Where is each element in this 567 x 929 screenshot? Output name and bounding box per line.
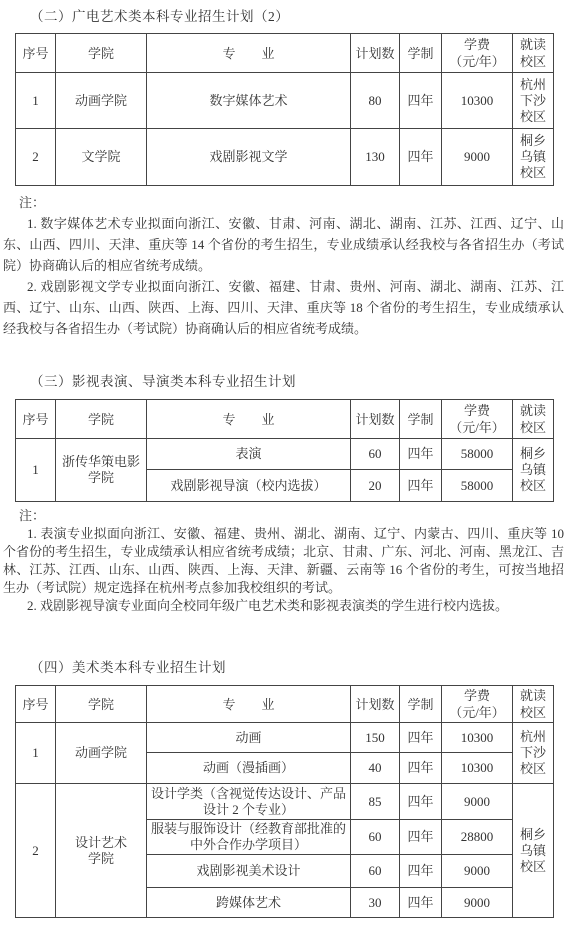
cell-major: 戏剧影视文学: [147, 129, 351, 186]
guangdian-admission-table: 序号 学院 专 业 计划数 学制 学费 （元/年） 就读 校区 1 动画学院 数…: [15, 33, 554, 186]
header-cell-major: 专 业: [147, 686, 351, 723]
cell-major: 服装与服饰设计（经教育部批准的中外合作办学项目）: [147, 820, 351, 855]
cell-tuition: 9000: [442, 888, 513, 918]
cell-campus: 桐乡 乌镇 校区: [513, 784, 554, 918]
cell-tuition: 10300: [442, 723, 513, 753]
table-header-row: 序号 学院 专 业 计划数 学制 学费 （元/年） 就读 校区: [16, 686, 554, 723]
yingshi-admission-table: 序号 学院 专 业 计划数 学制 学费 （元/年） 就读 校区 1 浙传华策电影…: [15, 399, 554, 502]
cell-tuition: 28800: [442, 820, 513, 855]
cell-tuition: 10300: [442, 73, 513, 129]
cell-college: 文学院: [56, 129, 147, 186]
cell-college: 设计艺术 学院: [56, 784, 147, 918]
cell-plan: 30: [351, 888, 400, 918]
cell-campus: 桐乡 乌镇 校区: [513, 439, 554, 502]
header-cell-duration: 学制: [400, 34, 442, 73]
header-cell-college: 学院: [56, 400, 147, 439]
header-cell-plan: 计划数: [351, 34, 400, 73]
header-cell-tuition: 学费 （元/年）: [442, 400, 513, 439]
cell-duration: 四年: [400, 439, 442, 470]
cell-duration: 四年: [400, 784, 442, 820]
cell-duration: 四年: [400, 855, 442, 888]
header-cell-campus: 就读 校区: [513, 34, 554, 73]
cell-index: 1: [16, 723, 56, 784]
header-cell-college: 学院: [56, 686, 147, 723]
cell-plan: 60: [351, 439, 400, 470]
table-row: 1 动画学院 数字媒体艺术 80 四年 10300 杭州 下沙 校区: [16, 73, 554, 129]
cell-major: 动画（漫插画）: [147, 753, 351, 784]
header-cell-index: 序号: [16, 400, 56, 439]
cell-plan: 60: [351, 855, 400, 888]
cell-plan: 20: [351, 470, 400, 502]
header-cell-campus: 就读 校区: [513, 686, 554, 723]
cell-duration: 四年: [400, 753, 442, 784]
note-item: 1. 表演专业拟面向浙江、安徽、福建、贵州、湖北、湖南、辽宁、内蒙古、四川、重庆…: [3, 525, 564, 597]
section-guangdian-title: （二）广电艺术类本科专业招生计划（2）: [30, 8, 567, 26]
cell-campus: 杭州 下沙 校区: [513, 723, 554, 784]
note-item: 2. 戏剧影视文学专业拟面向浙江、安徽、福建、甘肃、贵州、河南、湖北、湖南、江苏…: [3, 276, 564, 339]
header-cell-plan: 计划数: [351, 400, 400, 439]
header-cell-tuition: 学费 （元/年）: [442, 34, 513, 73]
cell-college: 动画学院: [56, 723, 147, 784]
section-yingshi-title: （三）影视表演、导演类本科专业招生计划: [30, 373, 567, 391]
notes-label: 注：: [3, 192, 564, 213]
cell-index: 2: [16, 784, 56, 918]
cell-major: 跨媒体艺术: [147, 888, 351, 918]
cell-major: 表演: [147, 439, 351, 470]
cell-tuition: 9000: [442, 129, 513, 186]
cell-tuition: 10300: [442, 753, 513, 784]
cell-college: 动画学院: [56, 73, 147, 129]
table-header-row: 序号 学院 专 业 计划数 学制 学费 （元/年） 就读 校区: [16, 400, 554, 439]
cell-major: 戏剧影视美术设计: [147, 855, 351, 888]
cell-duration: 四年: [400, 723, 442, 753]
note-item: 1. 数字媒体艺术专业拟面向浙江、安徽、甘肃、河南、湖北、湖南、江苏、江西、辽宁…: [3, 213, 564, 276]
cell-duration: 四年: [400, 470, 442, 502]
notes-label: 注：: [3, 507, 564, 525]
cell-tuition: 9000: [442, 855, 513, 888]
cell-campus: 杭州 下沙 校区: [513, 73, 554, 129]
cell-plan: 85: [351, 784, 400, 820]
cell-college: 浙传华策电影 学院: [56, 439, 147, 502]
cell-major: 戏剧影视导演（校内选拔）: [147, 470, 351, 502]
cell-tuition: 9000: [442, 784, 513, 820]
table-header-row: 序号 学院 专 业 计划数 学制 学费 （元/年） 就读 校区: [16, 34, 554, 73]
cell-index: 1: [16, 439, 56, 502]
header-cell-tuition: 学费 （元/年）: [442, 686, 513, 723]
cell-campus: 桐乡 乌镇 校区: [513, 129, 554, 186]
section-meishu-title: （四）美术类本科专业招生计划: [30, 659, 567, 677]
cell-plan: 40: [351, 753, 400, 784]
table-row: 1 动画学院 动画 150 四年 10300 杭州 下沙 校区: [16, 723, 554, 753]
header-cell-duration: 学制: [400, 686, 442, 723]
cell-major: 数字媒体艺术: [147, 73, 351, 129]
table-row: 2 设计艺术 学院 设计学类（含视觉传达设计、产品设计 2 个专业） 85 四年…: [16, 784, 554, 820]
cell-tuition: 58000: [442, 470, 513, 502]
cell-index: 1: [16, 73, 56, 129]
header-cell-duration: 学制: [400, 400, 442, 439]
cell-plan: 80: [351, 73, 400, 129]
cell-plan: 60: [351, 820, 400, 855]
note-item: 2. 戏剧影视导演专业面向全校同年级广电艺术类和影视表演类的学生进行校内选拔。: [3, 597, 564, 615]
header-cell-major: 专 业: [147, 400, 351, 439]
cell-duration: 四年: [400, 888, 442, 918]
cell-plan: 130: [351, 129, 400, 186]
table-row: 1 浙传华策电影 学院 表演 60 四年 58000 桐乡 乌镇 校区: [16, 439, 554, 470]
cell-index: 2: [16, 129, 56, 186]
yingshi-notes: 注： 1. 表演专业拟面向浙江、安徽、福建、贵州、湖北、湖南、辽宁、内蒙古、四川…: [3, 507, 564, 615]
header-cell-index: 序号: [16, 34, 56, 73]
cell-plan: 150: [351, 723, 400, 753]
cell-major: 设计学类（含视觉传达设计、产品设计 2 个专业）: [147, 784, 351, 820]
meishu-admission-table: 序号 学院 专 业 计划数 学制 学费 （元/年） 就读 校区 1 动画学院 动…: [15, 685, 554, 918]
cell-tuition: 58000: [442, 439, 513, 470]
cell-duration: 四年: [400, 73, 442, 129]
header-cell-campus: 就读 校区: [513, 400, 554, 439]
header-cell-college: 学院: [56, 34, 147, 73]
cell-major: 动画: [147, 723, 351, 753]
guangdian-notes: 注： 1. 数字媒体艺术专业拟面向浙江、安徽、甘肃、河南、湖北、湖南、江苏、江西…: [3, 192, 564, 339]
document-page: （二）广电艺术类本科专业招生计划（2） 序号 学院 专 业 计划数 学制 学费 …: [0, 0, 567, 918]
table-row: 2 文学院 戏剧影视文学 130 四年 9000 桐乡 乌镇 校区: [16, 129, 554, 186]
header-cell-plan: 计划数: [351, 686, 400, 723]
cell-duration: 四年: [400, 129, 442, 186]
header-cell-major: 专 业: [147, 34, 351, 73]
header-cell-index: 序号: [16, 686, 56, 723]
cell-duration: 四年: [400, 820, 442, 855]
